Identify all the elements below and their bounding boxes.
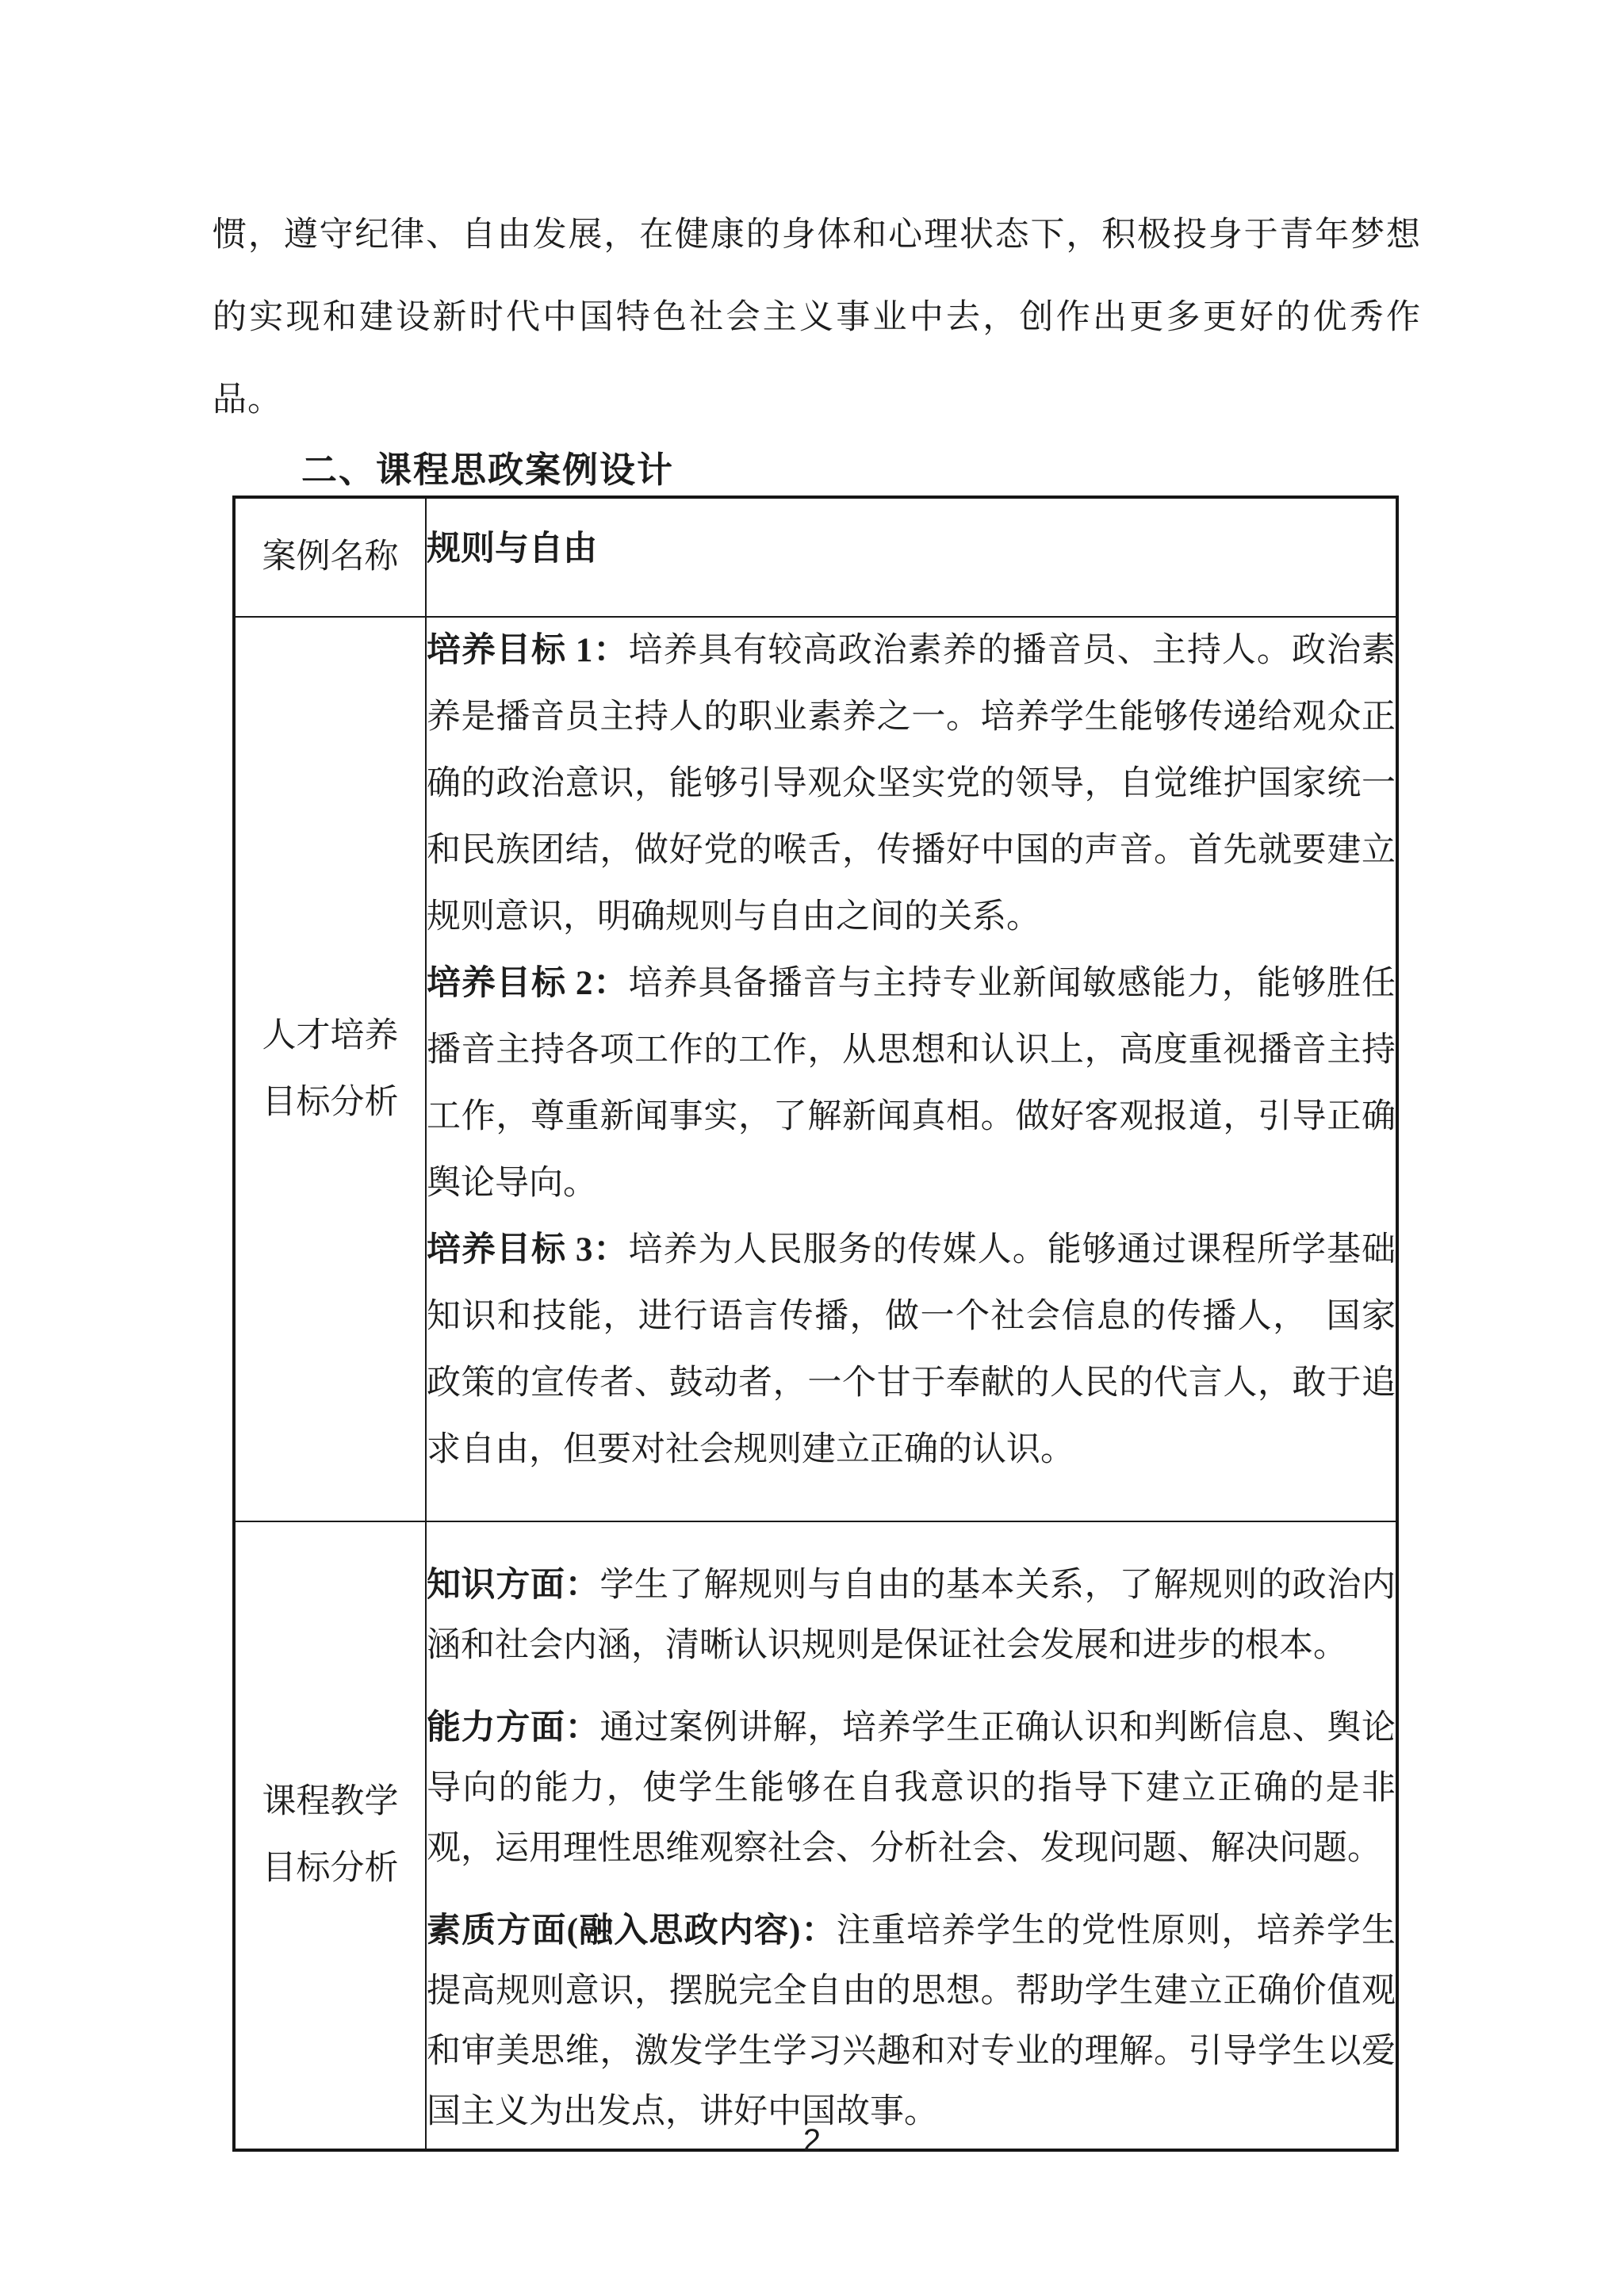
goal-1-paragraph: 培养目标 1：培养具有较高政治素养的播音员、主持人。政治素养是播音员主持人的职业… [427, 618, 1396, 951]
case-design-table: 案例名称 规则与自由 人才培养 目标分析 培养目标 1：培养具有较高政治素养的播… [232, 496, 1399, 2152]
quality-lead: 素质方面(融入思政内容)： [427, 1912, 837, 1950]
knowledge-paragraph: 知识方面：学生了解规则与自由的基本关系，了解规则的政治内涵和社会内涵，清晰认识规… [427, 1556, 1396, 1676]
document-page: 惯，遵守纪律、自由发展，在健康的身体和心理状态下，积极投身于青年梦想的实现和建设… [0, 0, 1624, 2296]
teaching-goals-label-line2: 目标分析 [236, 1835, 425, 1902]
page-content: 惯，遵守纪律、自由发展，在健康的身体和心理状态下，积极投身于青年梦想的实现和建设… [213, 194, 1421, 2152]
intro-paragraph: 惯，遵守纪律、自由发展，在健康的身体和心理状态下，积极投身于青年梦想的实现和建设… [213, 194, 1421, 442]
goal-1-lead: 培养目标 1： [427, 632, 628, 669]
goal-2-paragraph: 培养目标 2：培养具备播音与主持专业新闻敏感能力，能够胜任播音主持各项工作的工作… [427, 951, 1396, 1217]
quality-paragraph: 素质方面(融入思政内容)：注重培养学生的党性原则，培养学生提高规则意识，摆脱完全… [427, 1901, 1396, 2142]
goal-3-lead: 培养目标 3： [427, 1231, 628, 1269]
talent-goals-value-cell: 培养目标 1：培养具有较高政治素养的播音员、主持人。政治素养是播音员主持人的职业… [426, 617, 1397, 1521]
talent-goals-label-cell: 人才培养 目标分析 [234, 617, 426, 1521]
table-row-case-name: 案例名称 规则与自由 [234, 497, 1397, 617]
teaching-goals-label-cell: 课程教学 目标分析 [234, 1521, 426, 2150]
case-name-value-cell: 规则与自由 [426, 497, 1397, 617]
table-row-teaching-goals: 课程教学 目标分析 知识方面：学生了解规则与自由的基本关系，了解规则的政治内涵和… [234, 1521, 1397, 2150]
talent-goals-label-line1: 人才培养 [236, 1003, 425, 1070]
goal-2-lead: 培养目标 2： [427, 965, 628, 1002]
teaching-goals-label-line1: 课程教学 [236, 1769, 425, 1835]
talent-goals-label-line2: 目标分析 [236, 1070, 425, 1136]
goal-3-paragraph: 培养目标 3：培养为人民服务的传媒人。能够通过课程所学基础知识和技能，进行语言传… [427, 1217, 1396, 1483]
goal-1-text: 培养具有较高政治素养的播音员、主持人。政治素养是播音员主持人的职业素养之一。培养… [427, 632, 1396, 936]
case-name-label: 案例名称 [236, 524, 425, 591]
ability-paragraph: 能力方面：通过案例讲解，培养学生正确认识和判断信息、舆论导向的能力，使学生能够在… [427, 1698, 1396, 1879]
table-row-talent-goals: 人才培养 目标分析 培养目标 1：培养具有较高政治素养的播音员、主持人。政治素养… [234, 617, 1397, 1521]
case-name-label-cell: 案例名称 [234, 497, 426, 617]
teaching-goals-value-cell: 知识方面：学生了解规则与自由的基本关系，了解规则的政治内涵和社会内涵，清晰认识规… [426, 1521, 1397, 2150]
case-title: 规则与自由 [427, 530, 597, 568]
knowledge-lead: 知识方面： [427, 1567, 599, 1604]
page-number: 2 [0, 2123, 1624, 2159]
ability-lead: 能力方面： [427, 1709, 599, 1747]
section-heading: 二、课程思政案例设计 [301, 446, 1421, 494]
